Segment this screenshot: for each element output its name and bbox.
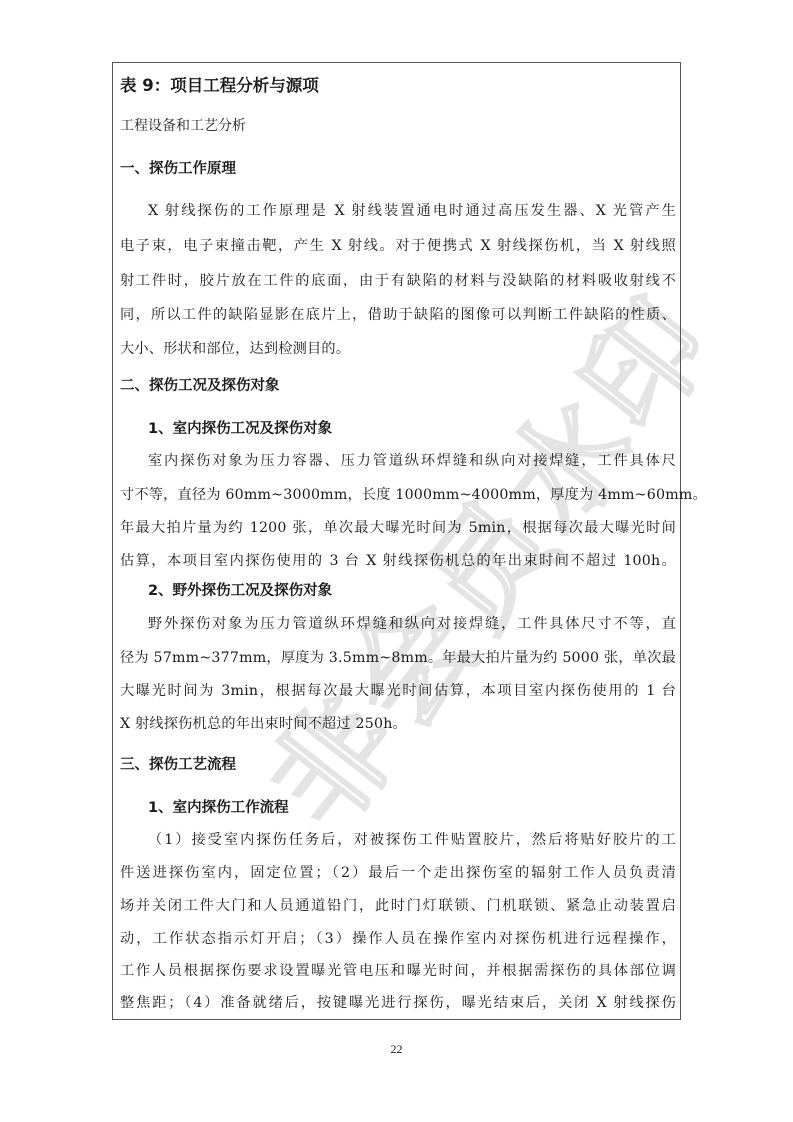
section-1-heading: 一、探伤工作原理	[120, 159, 236, 179]
paragraph-line: 大曝光时间为 3min，根据每次最大曝光时间估算，本项目室内探伤使用的 1 台	[120, 681, 676, 701]
paragraph-line: 整焦距；（4）准备就绪后，按键曝光进行探伤，曝光结束后，关闭 X 射线探伤	[120, 993, 676, 1013]
paragraph-line: 室内探伤对象为压力容器、压力管道纵环焊缝和纵向对接焊缝，工件具体尺	[148, 451, 676, 471]
paragraph-line: X 射线探伤的工作原理是 X 射线装置通电时通过高压发生器、X 光管产生	[148, 201, 676, 221]
paragraph-line: 年最大拍片量为约 1200 张，单次最大曝光时间为 5min，根据每次最大曝光时…	[120, 518, 676, 538]
paragraph-line: 动，工作状态指示灯开启；（3）操作人员在操作室内对探伤机进行远程操作，	[120, 929, 676, 949]
paragraph-line: 估算，本项目室内探伤使用的 3 台 X 射线探伤机总的年出束时间不超过 100h…	[120, 551, 676, 571]
paragraph-line: 场并关闭工件大门和人员通道铅门，此时门灯联锁、门机联锁、紧急止动装置启	[120, 896, 676, 916]
section-2-1-heading: 1、室内探伤工况及探伤对象	[148, 419, 332, 439]
section-3-heading: 三、探伤工艺流程	[120, 755, 236, 775]
paragraph-line: 射工件时，胶片放在工件的底面，由于有缺陷的材料与没缺陷的材料吸收射线不	[120, 271, 676, 291]
paragraph-line: 工作人员根据探伤要求设置曝光管电压和曝光时间，并根据需探伤的具体部位调	[120, 961, 676, 981]
paragraph-line: 同，所以工件的缺陷显影在底片上，借助于缺陷的图像可以判断工件缺陷的性质、	[120, 305, 676, 325]
subtitle: 工程设备和工艺分析	[120, 116, 246, 136]
paragraph-line: X 射线探伤机总的年出束时间不超过 250h。	[120, 714, 676, 734]
paragraph-line: 径为 57mm~377mm，厚度为 3.5mm~8mm。年最大拍片量为约 500…	[120, 648, 676, 668]
page-number: 22	[0, 1042, 793, 1057]
paragraph-line: 大小、形状和部位，达到检测目的。	[120, 339, 676, 359]
paragraph-line: 件送进探伤室内，固定位置；（2）最后一个走出探伤室的辐射工作人员负责清	[120, 863, 676, 883]
paragraph-line: 寸不等，直径为 60mm~3000mm，长度 1000mm~4000mm，厚度为…	[120, 485, 676, 505]
section-2-heading: 二、探伤工况及探伤对象	[120, 376, 280, 396]
paragraph-line: （1）接受室内探伤任务后，对被探伤工件贴置胶片，然后将贴好胶片的工	[148, 830, 676, 850]
paragraph-line: 野外探伤对象为压力管道纵环焊缝和纵向对接焊缝，工件具体尺寸不等，直	[148, 614, 676, 634]
section-2-2-heading: 2、野外探伤工况及探伤对象	[148, 581, 332, 601]
table-title: 表 9：项目工程分析与源项	[120, 76, 319, 96]
paragraph-line: 电子束，电子束撞击靶，产生 X 射线。对于便携式 X 射线探伤机，当 X 射线照	[120, 236, 676, 256]
section-3-1-heading: 1、室内探伤工作流程	[148, 798, 289, 818]
